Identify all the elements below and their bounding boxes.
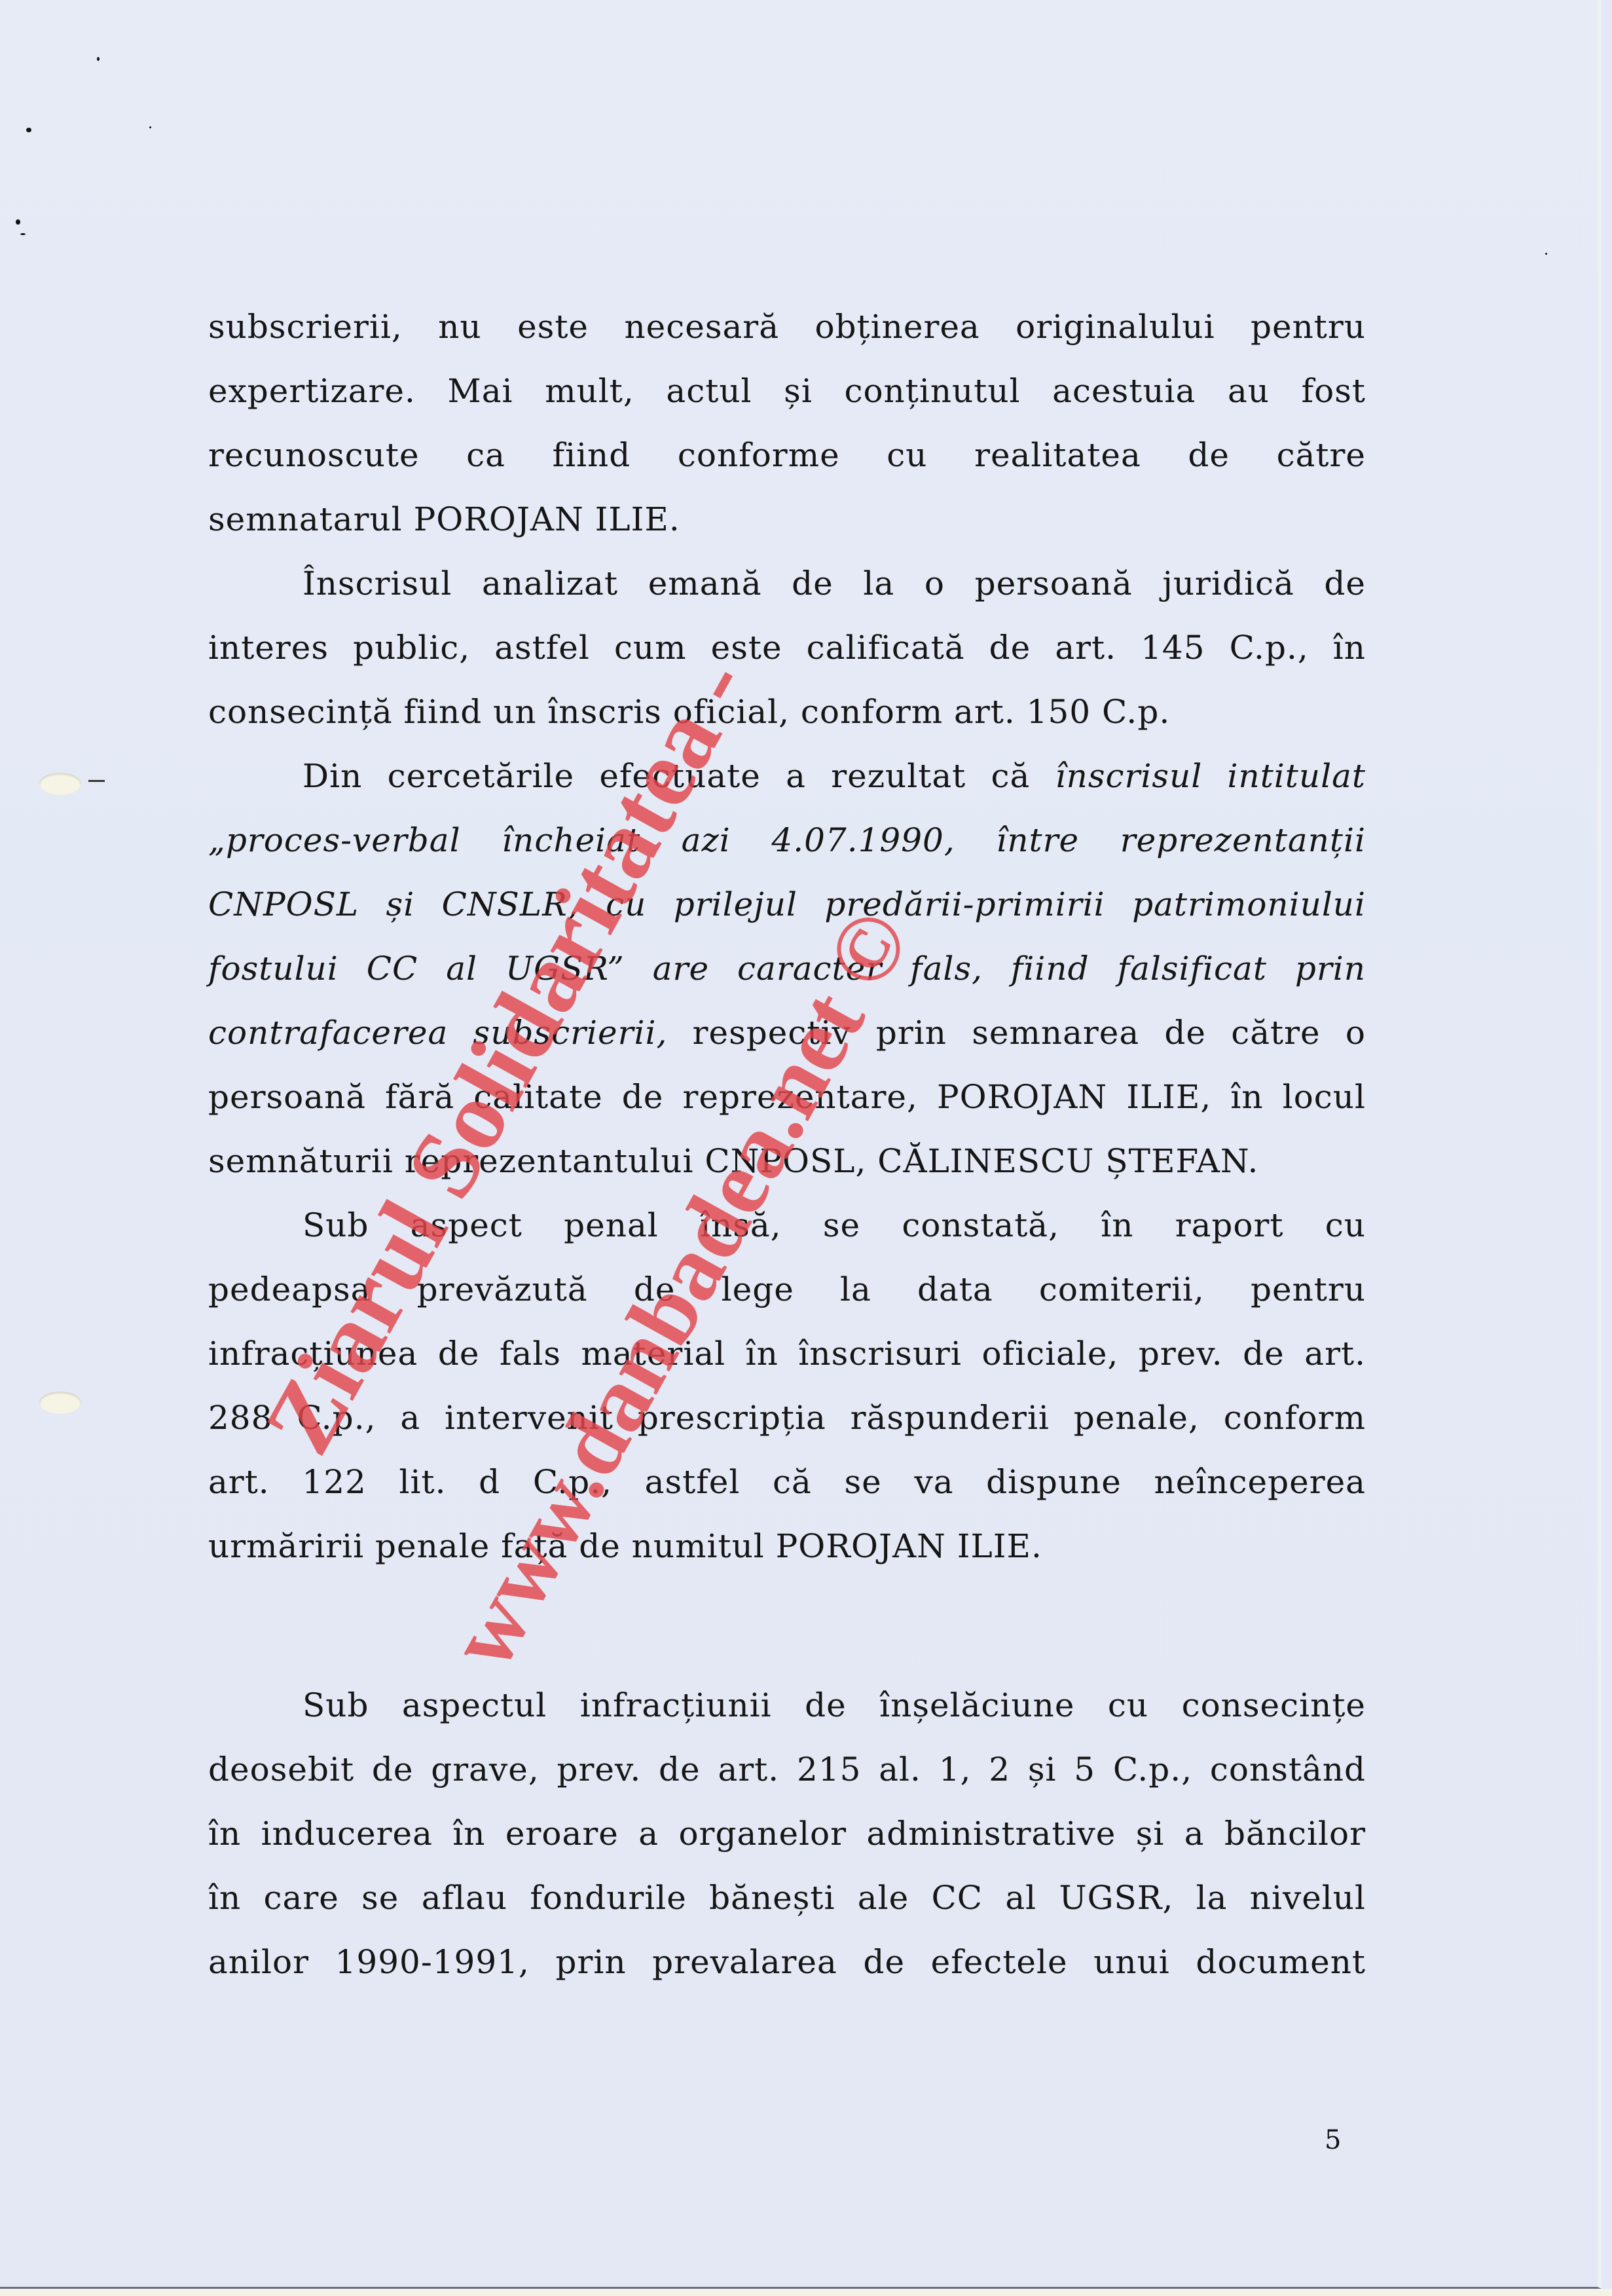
text-line: subscrierii, nu este necesară obținerea … [208,295,1366,359]
scan-edge [0,2289,1612,2296]
paragraph-3: Din cercetările efectuate a rezultat că … [208,744,1366,1193]
document-body: subscrierii, nu este necesară obținerea … [208,295,1366,1578]
text-line: 288 C.p., a intervenit prescripția răspu… [208,1386,1366,1450]
text-line: Sub aspect penal însă, se constată, în r… [208,1193,1366,1257]
quoted-title: fostului CC al UGSR” are caracter fals, … [208,950,1366,988]
paragraph-2: Înscrisul analizat emană de la o persoan… [208,551,1366,744]
margin-mark [88,780,105,782]
scan-speck [20,233,26,235]
page-number: 5 [1325,2125,1341,2155]
text-line: urmăririi penale față de numitul POROJAN… [208,1514,1366,1578]
text-line: art. 122 lit. d C.p., astfel că se va di… [208,1450,1366,1514]
text-line: anilor 1990-1991, prin prevalarea de efe… [208,1930,1366,1994]
quoted-title: înscrisul intitulat [1055,757,1366,795]
paragraph-1: subscrierii, nu este necesară obținerea … [208,295,1366,551]
text-line: interes public, astfel cum este califica… [208,616,1366,680]
document-body-continued: Sub aspectul infracțiunii de înșelăciune… [208,1673,1366,1994]
text-line: fostului CC al UGSR” are caracter fals, … [208,936,1366,1001]
text-line: expertizare. Mai mult, actul și conținut… [208,359,1366,423]
scanned-page: subscrierii, nu este necesară obținerea … [0,0,1602,2289]
text-line: pedeapsa prevăzută de lege la data comit… [208,1257,1366,1322]
text-run: respectiv prin semnarea de către o [667,1014,1366,1052]
scan-speck [149,126,151,128]
text-line: infracțiunea de fals material în înscris… [208,1322,1366,1386]
text-line: Din cercetările efectuate a rezultat că … [208,744,1366,808]
text-line: Înscrisul analizat emană de la o persoan… [208,551,1366,616]
paragraph-5: Sub aspectul infracțiunii de înșelăciune… [208,1673,1366,1994]
text-line: „proces-verbal încheiat azi 4.07.1990, î… [208,808,1366,872]
text-line: semnatarul POROJAN ILIE. [208,487,1366,551]
text-line: în inducerea în eroare a organelor admin… [208,1802,1366,1866]
text-run: Din cercetările efectuate a rezultat că [302,757,1055,795]
text-line: persoană fără calitate de reprezentare, … [208,1065,1366,1129]
text-line: deosebit de grave, prev. de art. 215 al.… [208,1737,1366,1802]
emphasized-text: contrafacerea subscrierii, [208,1014,667,1052]
quoted-title: „proces-verbal încheiat azi 4.07.1990, î… [208,821,1366,859]
scan-speck [97,57,100,61]
text-line: CNPOSL și CNSLR, cu prilejul predării-pr… [208,872,1366,936]
punch-hole [39,773,81,795]
text-line: contrafacerea subscrierii, respectiv pri… [208,1001,1366,1065]
scan-speck [26,128,31,132]
punch-hole [39,1392,81,1414]
text-line: consecință fiind un înscris oficial, con… [208,680,1366,744]
scan-speck [16,219,20,225]
text-line: Sub aspectul infracțiunii de înșelăciune… [208,1673,1366,1737]
quoted-title: CNPOSL și CNSLR, cu prilejul predării-pr… [208,885,1366,923]
text-line: în care se aflau fondurile bănești ale C… [208,1866,1366,1930]
paragraph-4: Sub aspect penal însă, se constată, în r… [208,1193,1366,1578]
text-line: semnăturii reprezentantului CNPOSL, CĂLI… [208,1129,1366,1193]
text-line: recunoscute ca fiind conforme cu realita… [208,423,1366,487]
scan-speck [1545,253,1547,255]
